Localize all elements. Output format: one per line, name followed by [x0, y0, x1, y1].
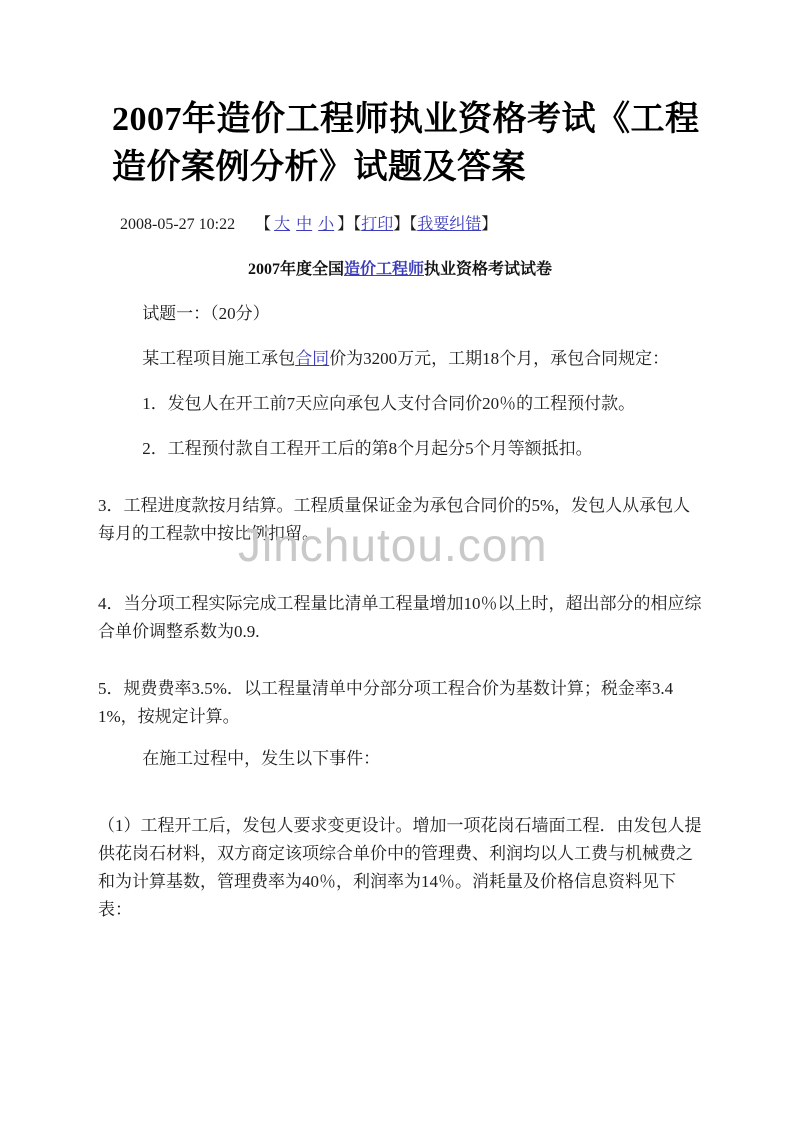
event-1-paragraph: （1）工程开工后，发包人要求变更设计。增加一项花岗石墙面工程．由发包人提供花岗石… — [98, 812, 702, 924]
font-size-medium-link[interactable]: 中 — [296, 216, 312, 233]
contract-link[interactable]: 合同 — [295, 349, 329, 368]
subheading-suffix: 执业资格考试试卷 — [424, 261, 552, 278]
events-heading: 在施工过程中，发生以下事件： — [98, 745, 702, 773]
font-size-small-link[interactable]: 小 — [318, 216, 334, 233]
exam-subheading: 2007年度全国造价工程师执业资格考试试卷 — [98, 258, 702, 282]
meta-bar: 2008-05-27 10:22【大中小】【打印】【我要纠错】 — [98, 214, 702, 236]
bracket-open: 【 — [353, 216, 361, 233]
page-title: 2007年造价工程师执业资格考试《工程造价案例分析》试题及答案 — [98, 96, 702, 192]
clause-2: 2．工程预付款自工程开工后的第8个月起分5个月等额抵扣。 — [98, 435, 702, 463]
clause-5: 5．规费费率3.5%．以工程量清单中分部分项工程合价为基数计算；税金率3.41%… — [98, 675, 702, 731]
bracket-open: 【 — [255, 216, 271, 233]
intro-paragraph: 某工程项目施工承包合同价为3200万元，工期18个月，承包合同规定： — [98, 345, 702, 373]
clause-4: 4．当分项工程实际完成工程量比清单工程量增加10％以上时，超出部分的相应综合单价… — [98, 590, 702, 646]
bracket-close: 】 — [481, 216, 497, 233]
report-error-link[interactable]: 我要纠错 — [417, 216, 481, 233]
document-page: Jinchutou.com 2007年造价工程师执业资格考试《工程造价案例分析》… — [0, 0, 800, 1132]
toolbar-links: 【大中小】【打印】【我要纠错】 — [255, 216, 497, 233]
intro-suffix: 价为3200万元，工期18个月，承包合同规定： — [329, 349, 669, 368]
publish-datetime: 2008-05-27 10:22 — [120, 216, 235, 233]
bracket-close: 】 — [393, 216, 409, 233]
question-one-heading: 试题一：（20分） — [98, 300, 702, 328]
print-link[interactable]: 打印 — [361, 216, 393, 233]
bracket-close: 】 — [337, 216, 353, 233]
clause-1: 1．发包人在开工前7天应向承包人支付合同价20％的工程预付款。 — [98, 390, 702, 418]
subheading-prefix: 2007年度全国 — [248, 261, 344, 278]
clause-3: 3．工程进度款按月结算。工程质量保证金为承包合同价的5%，发包人从承包人每月的工… — [98, 492, 702, 548]
font-size-large-link[interactable]: 大 — [274, 216, 290, 233]
intro-prefix: 某工程项目施工承包 — [142, 349, 295, 368]
cost-engineer-link[interactable]: 造价工程师 — [344, 261, 424, 278]
